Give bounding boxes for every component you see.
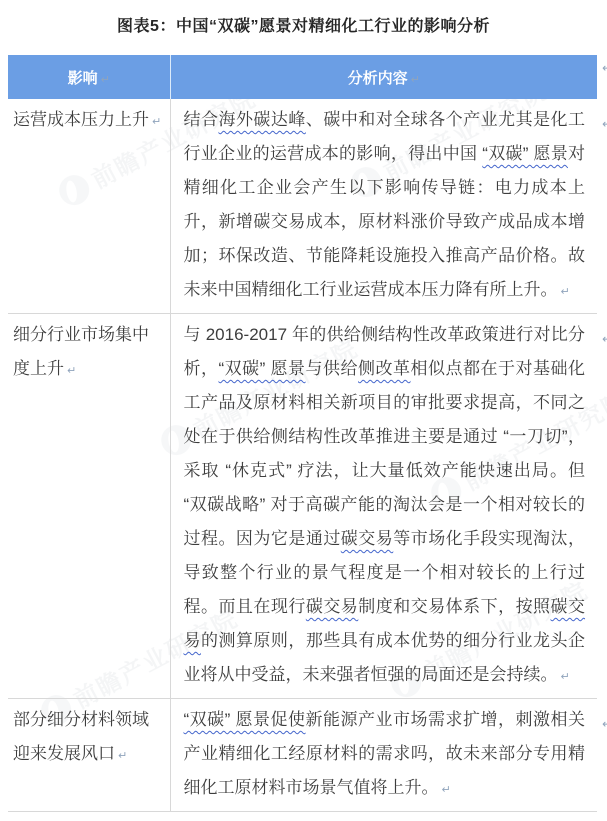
row-end-mark-icon: ↵	[602, 61, 607, 75]
analysis-text-spellcheck: 侧改革	[358, 359, 411, 378]
impact-cell: 部分细分材料领域迎来发展风口↵	[8, 699, 170, 812]
analysis-text: 相似点都在于对基础化工产品及原材料相关新项目的审批要求提高，不同之处在于供给侧结…	[184, 359, 586, 548]
table-body: 运营成本压力上升↵结合海外碳达峰、碳中和对全球各个产业尤其是化工行业企业的运营成…	[8, 99, 597, 812]
impact-text: 细分行业市场集中度上升	[13, 325, 149, 378]
table-row: 运营成本压力上升↵结合海外碳达峰、碳中和对全球各个产业尤其是化工行业企业的运营成…	[8, 99, 597, 314]
paragraph-mark-icon: ↵	[411, 74, 420, 86]
table-row: 部分细分材料领域迎来发展风口↵ “双碳” 愿景促使新能源产业市场需求扩增，刺激相…	[8, 699, 597, 812]
row-end-mark-icon: ↵	[602, 107, 607, 141]
analysis-text-spellcheck: “双碳” 愿景	[482, 144, 568, 163]
analysis-text: 对精细化工企业会产生以下影响传导链：电力成本上升，新增碳交易成本，原材料涨价导致…	[184, 144, 586, 299]
table-header-row: 影响↵ 分析内容↵↵	[8, 55, 597, 99]
analysis-text: 的测算原则，那些具有成本优势的细分行业龙头企业将从中受益，未来强者恒强的局面还是…	[184, 631, 586, 684]
analysis-text-spellcheck: 碳交易	[341, 529, 393, 548]
impact-text: 运营成本压力上升	[13, 110, 149, 129]
analysis-text-spellcheck: “双碳” 愿景	[219, 359, 306, 378]
impact-cell: 运营成本压力上升↵	[8, 99, 170, 314]
row-end-mark-icon: ↵	[602, 322, 607, 356]
impact-analysis-table: 影响↵ 分析内容↵↵ 运营成本压力上升↵结合海外碳达峰、碳中和对全球各个产业尤其…	[8, 55, 597, 812]
report-page: 前瞻产业研究院 前瞻产业研究院 前瞻产业研究院 前瞻产业研究院 前瞻产业研究院 …	[0, 0, 607, 821]
analysis-cell: “双碳” 愿景促使新能源产业市场需求扩增，刺激相关产业精细化工经原材料的需求吗，…	[170, 699, 597, 812]
column-header-analysis-label: 分析内容	[348, 70, 408, 87]
paragraph-mark-icon: ↵	[442, 784, 451, 796]
paragraph-mark-icon: ↵	[101, 74, 110, 86]
column-header-analysis: 分析内容↵↵	[170, 55, 597, 99]
paragraph-mark-icon: ↵	[118, 750, 127, 762]
table-row: 细分行业市场集中度上升↵与 2016-2017 年的供给侧结构性改革政策进行对比…	[8, 314, 597, 699]
analysis-text-spellcheck: 海外碳达峰	[218, 110, 305, 129]
analysis-cell: 与 2016-2017 年的供给侧结构性改革政策进行对比分析，“双碳” 愿景与供…	[170, 314, 597, 699]
analysis-text: 与供给	[306, 359, 359, 378]
column-header-impact: 影响↵	[8, 55, 170, 99]
impact-cell: 细分行业市场集中度上升↵	[8, 314, 170, 699]
analysis-text: 结合	[184, 110, 219, 129]
analysis-cell: 结合海外碳达峰、碳中和对全球各个产业尤其是化工行业企业的运营成本的影响，得出中国…	[170, 99, 597, 314]
analysis-text-spellcheck: “双碳” 愿景促使	[184, 710, 306, 729]
analysis-text: 制度和交易体系下，按照	[358, 597, 550, 616]
paragraph-mark-icon: ↵	[561, 286, 570, 298]
paragraph-mark-icon: ↵	[152, 116, 161, 128]
analysis-text-spellcheck: 碳交易	[306, 597, 358, 616]
row-end-mark-icon: ↵	[602, 707, 607, 741]
paragraph-mark-icon: ↵	[67, 365, 76, 377]
impact-text: 部分细分材料领域迎来发展风口	[13, 710, 149, 763]
column-header-impact-label: 影响	[68, 70, 98, 87]
chart-title: 图表5：中国“双碳”愿景对精细化工行业的影响分析	[0, 0, 607, 36]
paragraph-mark-icon: ↵	[561, 671, 570, 683]
